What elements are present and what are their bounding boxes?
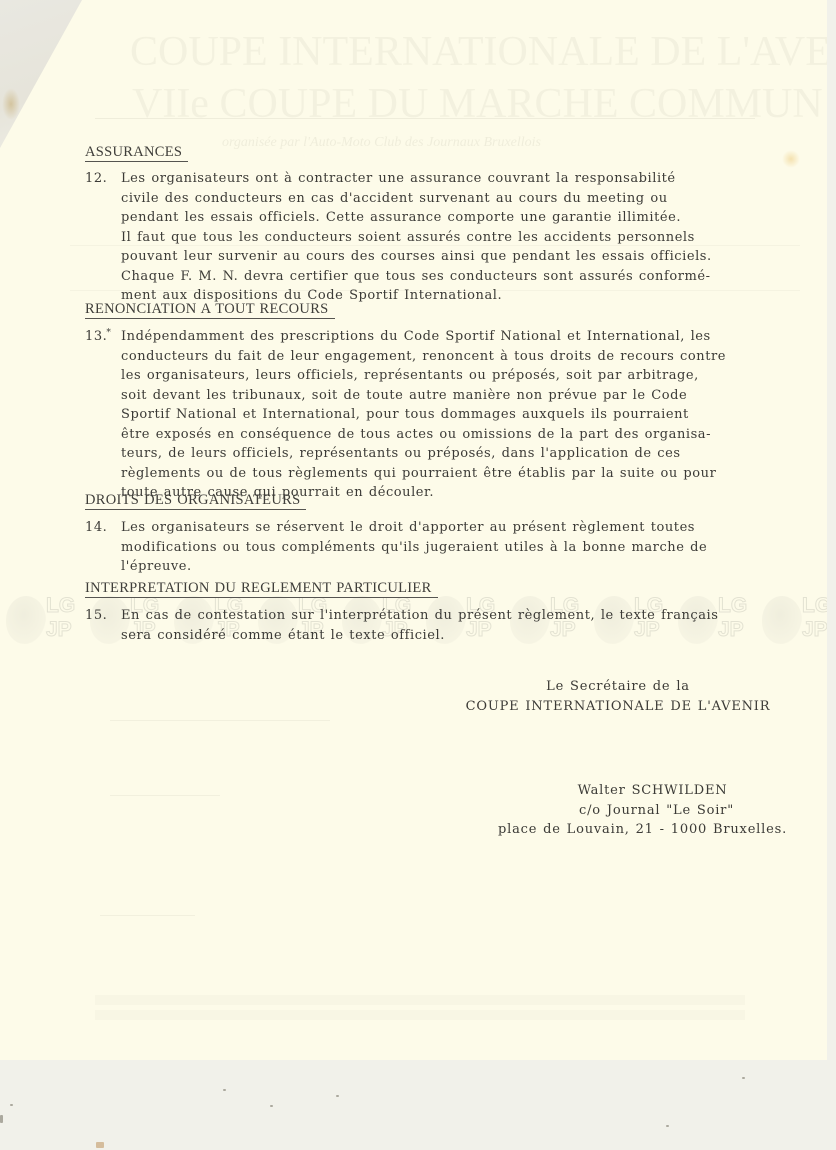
text-line: Chaque F. M. N. devra certifier que tous… [121,267,821,287]
signatory-address-line-2: place de Louvain, 21 - 1000 Bruxelles. [470,820,815,840]
signatory-contact: Walter SCHWILDEN c/o Journal "Le Soir" p… [470,781,815,840]
bleed-through-rule [100,915,195,916]
article-number-text: 14. [85,520,107,535]
article-text: Indépendamment des prescriptions du Code… [121,327,821,503]
face-portrait-icon [6,596,46,644]
text-line: civile des conducteurs en cas d'accident… [121,189,821,209]
corner-stain [2,88,20,120]
text-line: sera considéré comme étant le texte offi… [121,626,821,646]
signatory-organization: COUPE INTERNATIONALE DE L'AVENIR [443,697,793,717]
paper-stain [782,150,800,168]
article-text: Les organisateurs ont à contracter une a… [121,169,821,306]
text-line: règlements ou de tous règlements qui pou… [121,464,821,484]
text-line: Les organisateurs ont à contracter une a… [121,169,821,189]
text-line: l'épreuve. [121,557,821,577]
text-line: les organisateurs, leurs officiels, repr… [121,366,821,386]
text-line: pendant les essais officiels. Cette assu… [121,208,821,228]
text-line: pouvant leur survenir au cours des cours… [121,247,821,267]
text-line: Il faut que tous les conducteurs soient … [121,228,821,248]
bleed-through-subtitle: organisée par l'Auto-Moto Club des Journ… [222,135,541,151]
watermark-letters-bottom: JP [46,618,72,641]
section-heading-interpretation: INTERPRETATION DU REGLEMENT PARTICULIER [85,579,438,598]
bleed-through-footer [95,1010,745,1020]
watermark-letters-top: LG [46,594,75,617]
speck [223,1089,226,1091]
speck [96,1142,104,1148]
speck [10,1104,13,1106]
article-number: 13.* [85,327,119,347]
article-number: 15. [85,606,119,626]
speck [336,1095,339,1097]
article-text: Les organisateurs se réservent le droit … [121,518,821,577]
article-text: En cas de contestation sur l'interprétat… [121,606,821,645]
section-heading-droits: DROITS DES ORGANISATEURS [85,491,306,510]
section-heading-renonciation: RENONCIATION A TOUT RECOURS [85,300,335,319]
section-heading-assurances: ASSURANCES [85,143,188,162]
speck [742,1077,745,1079]
text-line: conducteurs du fait de leur engagement, … [121,347,821,367]
bleed-through-footer [95,995,745,1005]
bleed-through-title-2: VIIe COUPE DU MARCHE COMMUN [132,80,823,128]
article-number: 12. [85,169,119,189]
article-number-text: 13. [85,329,107,344]
text-line: Indépendamment des prescriptions du Code… [121,327,821,347]
bleed-through-title-1: COUPE INTERNATIONALE DE L'AVENIR [130,28,836,76]
signatory-role: Le Secrétaire de la [443,677,793,697]
bleed-through-rule [95,118,755,119]
text-line: Sportif National et International, pour … [121,405,821,425]
bleed-through-rule [110,720,330,721]
speck [666,1125,669,1127]
article-number: 14. [85,518,119,538]
text-line: En cas de contestation sur l'interprétat… [121,606,821,626]
article-number-text: 15. [85,608,107,623]
speck [270,1105,273,1107]
text-line: modifications ou tous compléments qu'ils… [121,538,821,558]
bleed-through-rule [110,795,220,796]
signatory-name: Walter SCHWILDEN [470,781,815,801]
article-number-text: 12. [85,171,107,186]
watermark-badge: LGJP [0,592,84,648]
article-mark: * [106,328,111,338]
text-line: être exposés en conséquence de tous acte… [121,425,821,445]
signatory-address-line-1: c/o Journal "Le Soir" [470,801,815,821]
text-line: Les organisateurs se réservent le droit … [121,518,821,538]
text-line: teurs, de leurs officiels, représentants… [121,444,821,464]
text-line: soit devant les tribunaux, soit de toute… [121,386,821,406]
document-page: COUPE INTERNATIONALE DE L'AVENIR VIIe CO… [0,0,827,1060]
speck [0,1115,3,1123]
signatory-title: Le Secrétaire de la COUPE INTERNATIONALE… [443,677,793,716]
